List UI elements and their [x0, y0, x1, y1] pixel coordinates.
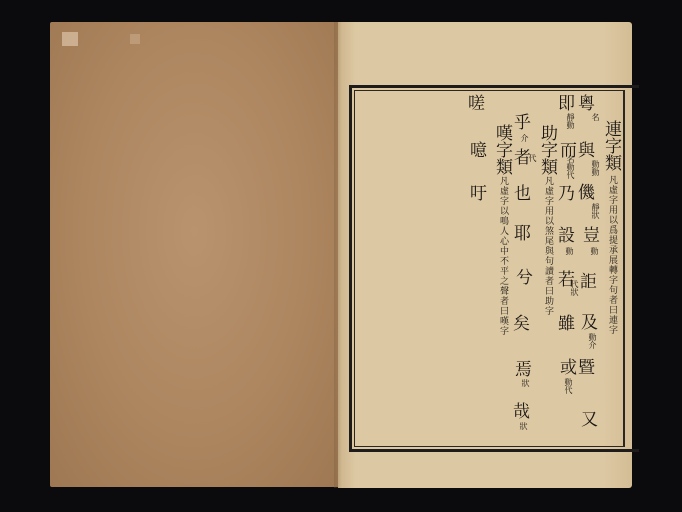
entry: 矣: [513, 316, 530, 333]
entry-char: 或: [560, 360, 577, 377]
entry-char: 雖: [558, 316, 575, 333]
entry-note: 代狀: [570, 280, 578, 296]
paper-stain: [130, 34, 140, 44]
entry-char: 兮: [516, 270, 533, 287]
entry-note: 靜動: [566, 113, 574, 129]
entry-char: 又: [581, 412, 598, 429]
entry-note: 名動代: [566, 155, 574, 179]
entry-char: 乎: [514, 115, 531, 132]
entry-note: 介: [520, 134, 528, 142]
entry: 乃: [558, 186, 575, 203]
left-page: [50, 22, 339, 487]
entry-char: 及: [581, 315, 598, 332]
entry-char: 僟: [578, 185, 595, 202]
entry-char: 與: [578, 143, 595, 160]
entry-note: 動: [590, 247, 598, 255]
entry: 與: [578, 143, 595, 160]
entry-char: 即: [558, 96, 575, 113]
section-heading-lianzi: 連字類: [602, 120, 619, 171]
entry-note: 代: [528, 154, 536, 162]
entry: 乎: [514, 115, 531, 132]
entry-char: 乃: [558, 186, 575, 203]
entry: 哉: [513, 404, 530, 421]
entry: 及: [581, 315, 598, 332]
entry-note: 狀: [521, 379, 529, 387]
entry-char: 設: [558, 228, 575, 245]
book-gutter: [334, 22, 342, 488]
entry: 暨: [578, 360, 595, 377]
page-frame-margin-bar: [624, 90, 632, 447]
section-heading-tanzi: 嘆字類: [493, 124, 510, 175]
entry: 也: [514, 186, 531, 203]
entry: 焉: [515, 362, 532, 379]
entry-char: 耶: [514, 226, 531, 243]
entry: 嗟: [468, 96, 485, 113]
section-heading-zhuzi: 助字類: [538, 124, 555, 175]
entry: 豈: [583, 228, 600, 245]
section-description-zhuzi: 凡虛字用以煞尾與句讀者曰助字: [543, 176, 552, 316]
entry-char: 粵: [578, 96, 595, 113]
entry: 吁: [470, 186, 487, 203]
entry: 兮: [516, 270, 533, 287]
entry-char: 矣: [513, 316, 530, 333]
entry-char: 哉: [513, 404, 530, 421]
entry: 詎: [580, 274, 597, 291]
entry-note: 動: [565, 247, 573, 255]
entry-note: 動代: [564, 378, 572, 394]
entry-char: 吁: [470, 186, 487, 203]
entry-char: 噫: [470, 143, 487, 160]
entry: 耶: [514, 226, 531, 243]
entry-note: 動介: [588, 333, 596, 349]
entry-note: 動動: [591, 160, 599, 176]
entry-note: 靜狀: [591, 203, 599, 219]
entry-char: 嗟: [468, 96, 485, 113]
entry-note: 狀: [519, 422, 527, 430]
entry-char: 焉: [515, 362, 532, 379]
section-description-tanzi: 凡虛字以鳴人心中不平之聲者曰嘆字: [498, 176, 507, 336]
entry: 即: [558, 96, 575, 113]
entry-note: 名: [591, 113, 599, 121]
entry: 設: [558, 228, 575, 245]
entry: 或: [560, 360, 577, 377]
paper-stain: [62, 32, 78, 46]
section-description-lianzi: 凡虛字用以爲提承展轉字句者曰連字: [607, 175, 616, 335]
entry-char: 暨: [578, 360, 595, 377]
entry: 噫: [470, 143, 487, 160]
entry-char: 詎: [580, 274, 597, 291]
entry-char: 也: [514, 186, 531, 203]
entry: 雖: [558, 316, 575, 333]
entry-char: 豈: [583, 228, 600, 245]
entry: 僟: [578, 185, 595, 202]
entry: 粵: [578, 96, 595, 113]
entry: 又: [581, 412, 598, 429]
